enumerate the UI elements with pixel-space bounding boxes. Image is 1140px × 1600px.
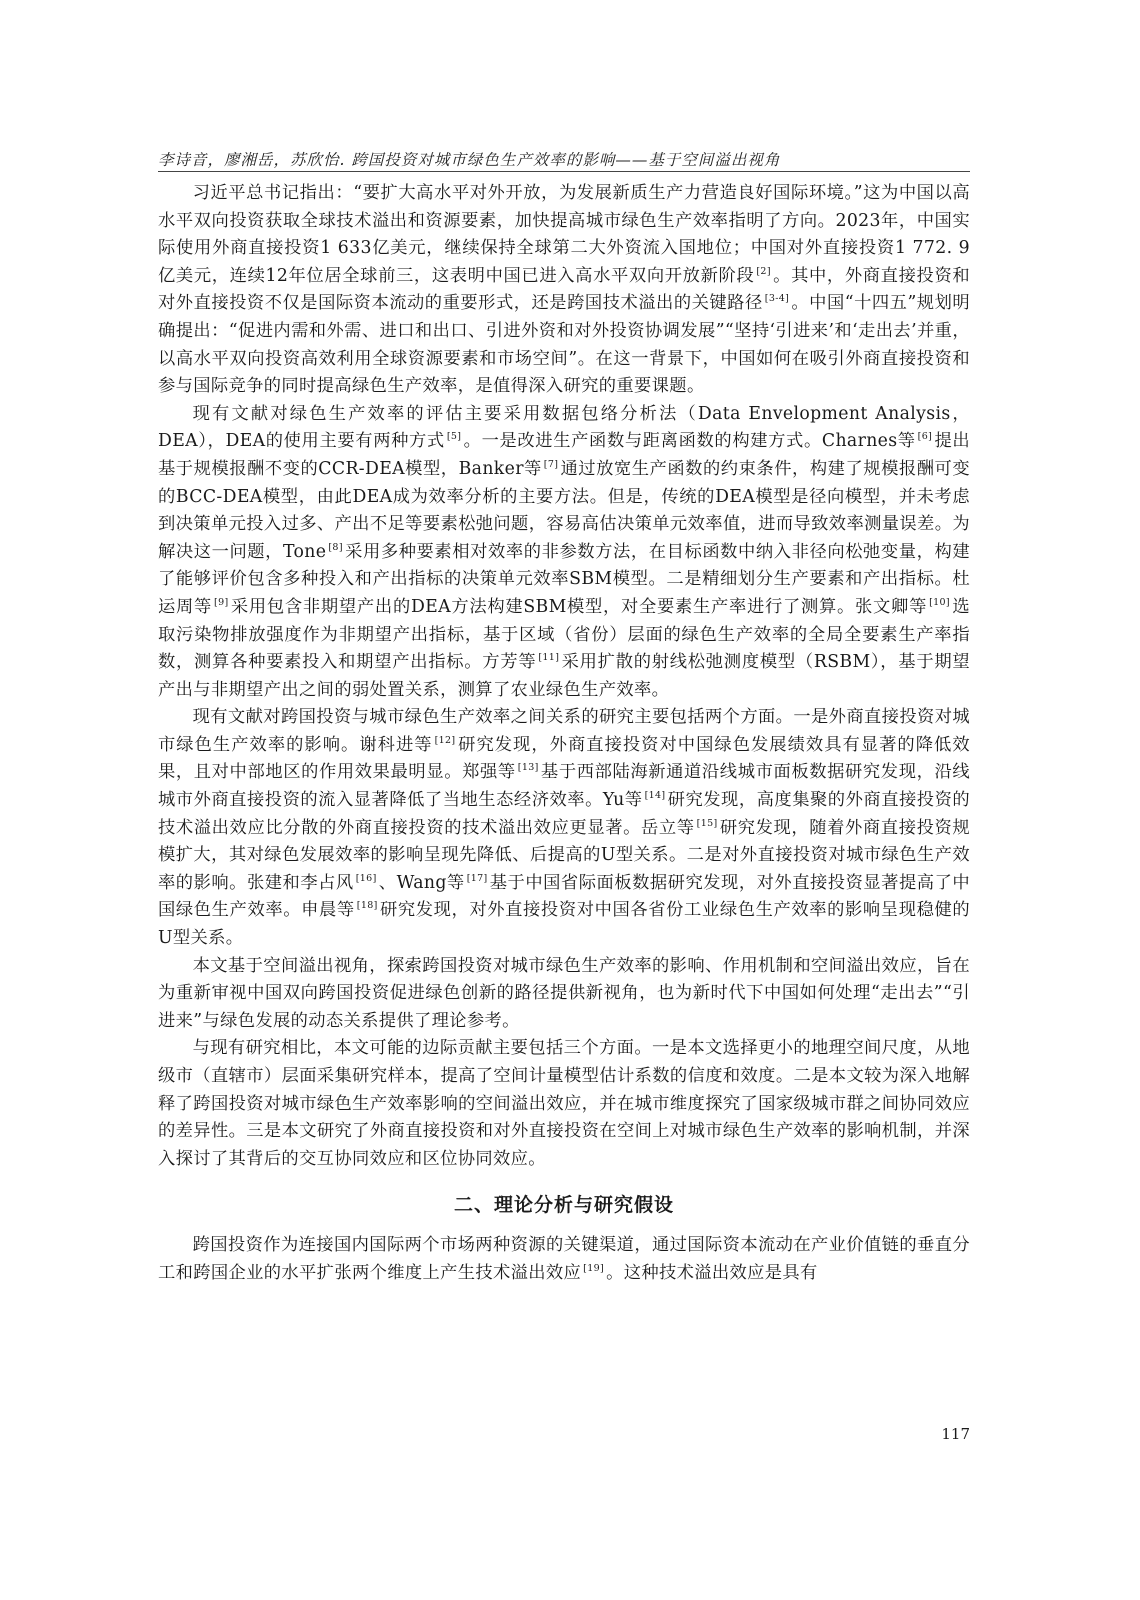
citation-ref[interactable]: [5] bbox=[447, 431, 462, 442]
citation-ref[interactable]: [17] bbox=[467, 873, 488, 884]
body-paragraph: 与现有研究相比，本文可能的边际贡献主要包括三个方面。一是本文选择更小的地理空间尺… bbox=[158, 1035, 970, 1173]
citation-ref[interactable]: [6] bbox=[918, 431, 933, 442]
citation-ref[interactable]: [10] bbox=[929, 597, 950, 608]
paragraph-text: 。一是改进生产函数与距离函数的构建方式。Charnes等 bbox=[463, 431, 915, 451]
citation-ref[interactable]: [7] bbox=[544, 459, 559, 470]
citation-ref[interactable]: [19] bbox=[583, 1263, 604, 1274]
citation-ref[interactable]: [12] bbox=[435, 735, 456, 746]
page-number: 117 bbox=[930, 1425, 970, 1443]
paragraph-text: 、Wang等 bbox=[379, 873, 465, 893]
header-rule bbox=[158, 171, 970, 172]
body-paragraph: 现有文献对跨国投资与城市绿色生产效率之间关系的研究主要包括两个方面。一是外商直接… bbox=[158, 704, 970, 952]
citation-ref[interactable]: [15] bbox=[697, 818, 718, 829]
citation-ref[interactable]: [13] bbox=[518, 762, 539, 773]
paragraph-text: 采用包含非期望产出的DEA方法构建SBM模型，对全要素生产率进行了测算。张文卿等 bbox=[231, 597, 928, 617]
citation-ref[interactable]: [3-4] bbox=[765, 293, 789, 304]
body-paragraph: 习近平总书记指出：“要扩大高水平对外开放，为发展新质生产力营造良好国际环境。”这… bbox=[158, 180, 970, 401]
citation-ref[interactable]: [11] bbox=[538, 652, 559, 663]
citation-ref[interactable]: [9] bbox=[214, 597, 229, 608]
citation-ref[interactable]: [18] bbox=[357, 900, 378, 911]
paragraph-text: 。这种技术溢出效应是具有 bbox=[606, 1263, 818, 1283]
citation-ref[interactable]: [16] bbox=[356, 873, 377, 884]
body-paragraph: 跨国投资作为连接国内国际两个市场两种资源的关键渠道，通过国际资本流动在产业价值链… bbox=[158, 1232, 970, 1287]
body-paragraph: 现有文献对绿色生产效率的评估主要采用数据包络分析法（Data Envelopme… bbox=[158, 401, 970, 705]
running-header: 李诗音，廖湘岳，苏欣怡. 跨国投资对城市绿色生产效率的影响——基于空间溢出视角 bbox=[158, 148, 970, 170]
paragraph-text: 跨国投资作为连接国内国际两个市场两种资源的关键渠道，通过国际资本流动在产业价值链… bbox=[158, 1235, 970, 1283]
article-body: 习近平总书记指出：“要扩大高水平对外开放，为发展新质生产力营造良好国际环境。”这… bbox=[158, 180, 970, 1288]
paragraph-text: 本文基于空间溢出视角，探索跨国投资对城市绿色生产效率的影响、作用机制和空间溢出效… bbox=[158, 956, 970, 1031]
introduction-paragraphs: 习近平总书记指出：“要扩大高水平对外开放，为发展新质生产力营造良好国际环境。”这… bbox=[158, 180, 970, 1173]
citation-ref[interactable]: [14] bbox=[645, 790, 666, 801]
section-heading: 二、理论分析与研究假设 bbox=[158, 1190, 970, 1217]
section-paragraphs: 跨国投资作为连接国内国际两个市场两种资源的关键渠道，通过国际资本流动在产业价值链… bbox=[158, 1232, 970, 1287]
citation-ref[interactable]: [2] bbox=[756, 266, 771, 277]
citation-ref[interactable]: [8] bbox=[328, 542, 343, 553]
body-paragraph: 本文基于空间溢出视角，探索跨国投资对城市绿色生产效率的影响、作用机制和空间溢出效… bbox=[158, 953, 970, 1036]
paragraph-text: 与现有研究相比，本文可能的边际贡献主要包括三个方面。一是本文选择更小的地理空间尺… bbox=[158, 1038, 970, 1168]
